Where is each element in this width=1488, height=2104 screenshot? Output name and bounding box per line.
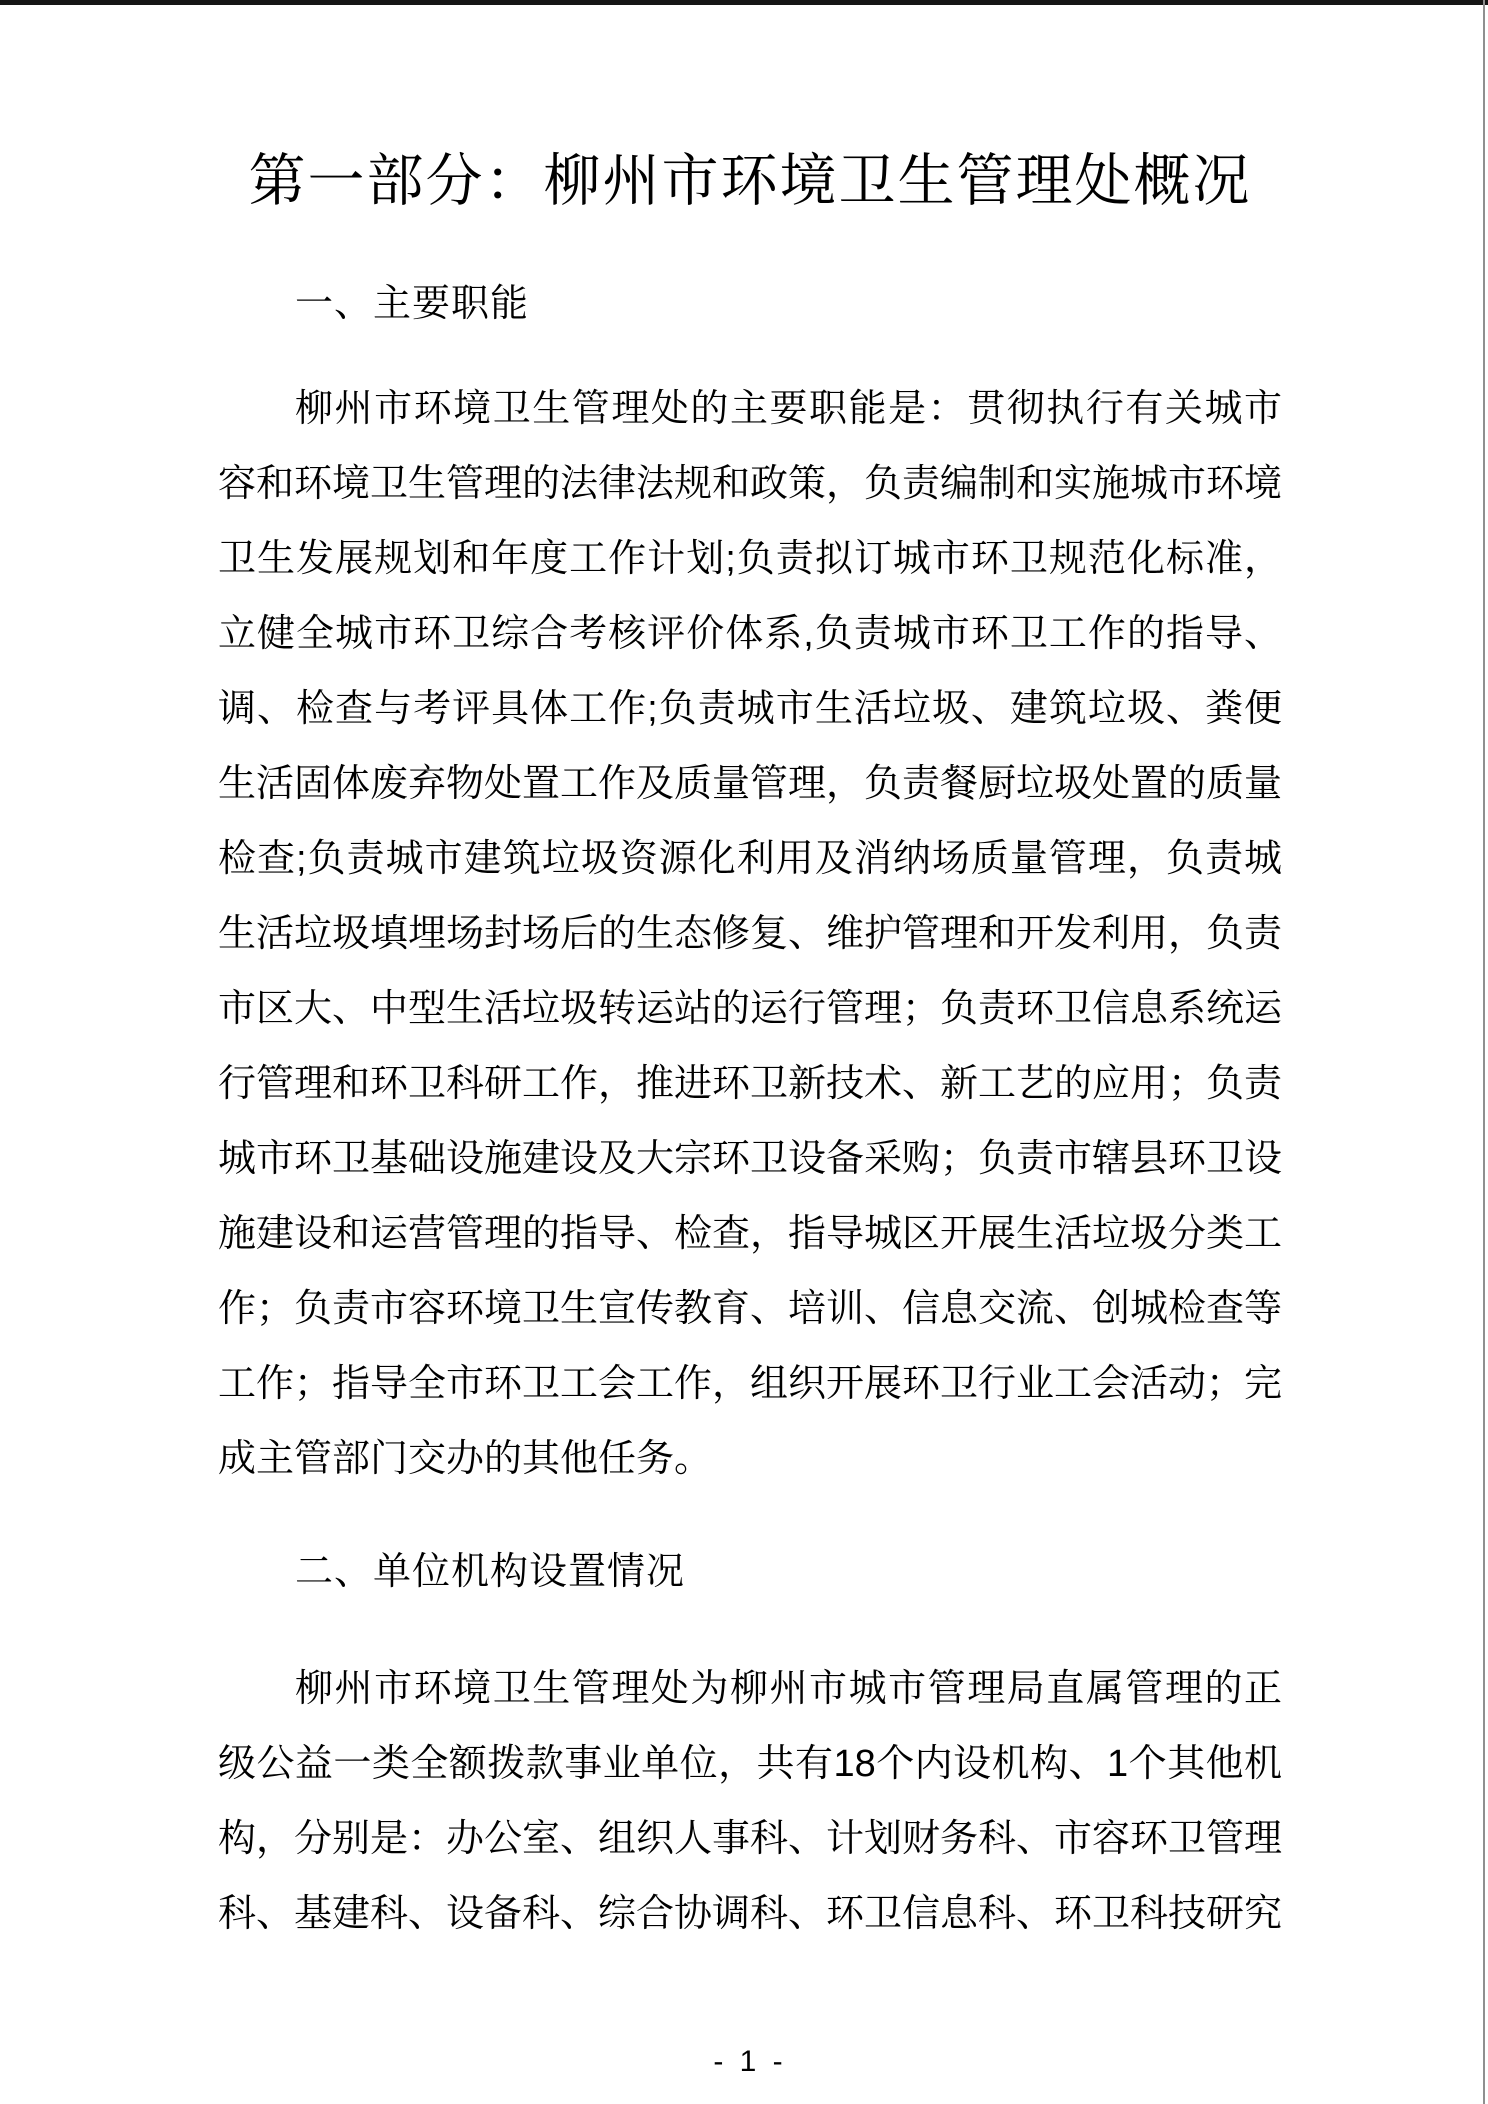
paragraph-line: 生活垃圾填埋场封场后的生态修复、维护管理和开发利用，负责 [218,897,1282,972]
paragraph-line: 行管理和环卫科研工作，推进环卫新技术、新工艺的应用；负责 [218,1047,1282,1122]
paragraph-line: 柳州市环境卫生管理处为柳州市城市管理局直属管理的正处 [218,1652,1282,1727]
paragraph-line: 立健全城市环卫综合考核评价体系,负责城市环卫工作的指导、协 [218,597,1282,672]
paragraph-line: 成主管部门交办的其他任务。 [218,1422,1282,1497]
paragraph-line: 生活固体废弃物处置工作及质量管理，负责餐厨垃圾处置的质量 [218,747,1282,822]
paragraph-line: 城市环卫基础设施建设及大宗环卫设备采购；负责市辖县环卫设 [218,1122,1282,1197]
paragraph-line: 柳州市环境卫生管理处的主要职能是：贯彻执行有关城市市 [218,372,1282,447]
paragraph-line: 工作；指导全市环卫工会工作，组织开展环卫行业工会活动；完 [218,1347,1282,1422]
document-content-column: 第一部分：柳州市环境卫生管理处概况 一、主要职能柳州市环境卫生管理处的主要职能是… [0,150,1488,2077]
paragraph-line: 施建设和运营管理的指导、检查，指导城区开展生活垃圾分类工 [218,1197,1282,1272]
scan-top-edge-artifact [0,0,1488,5]
paragraph-line: 卫生发展规划和年度工作计划;负责拟订城市环卫规范化标准，建 [218,522,1282,597]
page-number: - 1 - [218,2047,1282,2077]
paragraph-line: 市区大、中型生活垃圾转运站的运行管理；负责环卫信息系统运 [218,972,1282,1047]
paragraph-line: 容和环境卫生管理的法律法规和政策，负责编制和实施城市环境 [218,447,1282,522]
paragraph-line: 级公益一类全额拨款事业单位，共有18个内设机构、1个其他机 [218,1727,1282,1802]
document-page: 第一部分：柳州市环境卫生管理处概况 一、主要职能柳州市环境卫生管理处的主要职能是… [0,0,1488,2104]
paragraph: 柳州市环境卫生管理处为柳州市城市管理局直属管理的正处级公益一类全额拨款事业单位，… [218,1652,1282,1952]
paragraph-line: 检查;负责城市建筑垃圾资源化利用及消纳场质量管理，负责城市 [218,822,1282,897]
paragraph-line: 构，分别是：办公室、组织人事科、计划财务科、市容环卫管理 [218,1802,1282,1877]
document-title: 第一部分：柳州市环境卫生管理处概况 [218,150,1282,212]
paragraph-line: 作；负责市容环境卫生宣传教育、培训、信息交流、创城检查等 [218,1272,1282,1347]
paragraph: 柳州市环境卫生管理处的主要职能是：贯彻执行有关城市市容和环境卫生管理的法律法规和… [218,372,1282,1497]
paragraph-line: 科、基建科、设备科、综合协调科、环卫信息科、环卫科技研究 [218,1877,1282,1952]
section-heading: 二、单位机构设置情况 [218,1535,1282,1610]
document-body: 一、主要职能柳州市环境卫生管理处的主要职能是：贯彻执行有关城市市容和环境卫生管理… [218,267,1282,1952]
section-heading: 一、主要职能 [218,267,1282,342]
paragraph-line: 调、检查与考评具体工作;负责城市生活垃圾、建筑垃圾、粪便等 [218,672,1282,747]
